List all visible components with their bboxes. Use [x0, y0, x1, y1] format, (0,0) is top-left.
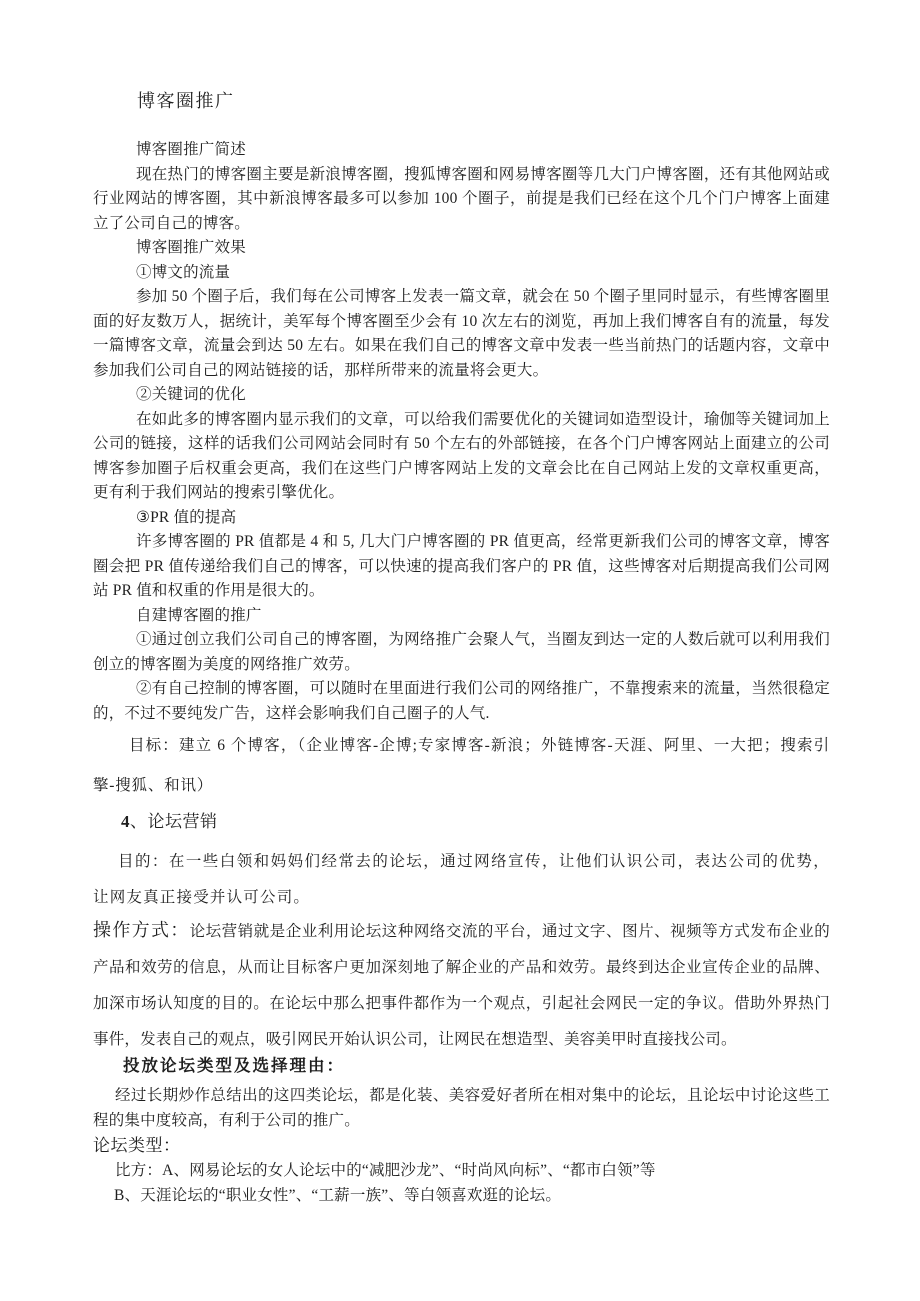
- effect1-paragraph: 参加 50 个圈子后，我们每在公司博客上发表一篇文章，就会在 50 个圈子里同时…: [93, 285, 830, 383]
- section4-title: 、论坛营销: [130, 812, 218, 831]
- purpose-paragraph: 目的：在一些白领和妈妈们经常去的论坛，通过网络宣传，让他们认识公司，表达公司的优…: [93, 844, 830, 916]
- forum-type-label: 论坛类型：: [93, 1133, 830, 1159]
- operation-paragraph: 操作方式：论坛营销就是企业利用论坛这种网络交流的平台，通过文字、图片、视频等方式…: [93, 912, 830, 1058]
- goal-paragraph: 目标：建立 6 个博客，（企业博客-企博;专家博客-新浪；外链博客-天涯、阿里、…: [93, 726, 830, 806]
- intro-heading: 博客圈推广简述: [93, 138, 830, 163]
- self-build-point1: ①通过创立我们公司自己的博客圈，为网络推广会聚人气，当圈友到达一定的人数后就可以…: [93, 628, 830, 677]
- section4-heading: 4、论坛营销: [93, 807, 830, 837]
- effect3-paragraph: 许多博客圈的 PR 值都是 4 和 5, 几大门户博客圈的 PR 值更高，经常更…: [93, 530, 830, 604]
- self-build-heading: 自建博客圈的推广: [93, 604, 830, 629]
- forum-types-reason: 经过长期炒作总结出的这四类论坛，都是化装、美容爱好者所在相对集中的论坛，且论坛中…: [93, 1084, 830, 1133]
- document-page: 博客圈推广 博客圈推广简述 现在热门的博客圈主要是新浪博客圈，搜狐博客圈和网易博…: [0, 0, 920, 1301]
- effect1-heading: ①博文的流量: [93, 261, 830, 286]
- doc-title: 博客圈推广: [93, 0, 830, 114]
- operation-text: 论坛营销就是企业利用论坛这种网络交流的平台，通过文字、图片、视频等方式发布企业的…: [93, 923, 830, 1048]
- intro-paragraph: 现在热门的博客圈主要是新浪博客圈，搜狐博客圈和网易博客圈等几大门户博客圈，还有其…: [93, 163, 830, 237]
- self-build-point2: ②有自己控制的博客圈，可以随时在里面进行我们公司的网络推广，不靠搜索来的流量，当…: [93, 677, 830, 726]
- effect2-heading: ②关键词的优化: [93, 383, 830, 408]
- operation-label: 操作方式：: [93, 920, 190, 940]
- effect3-heading: ③PR 值的提高: [93, 506, 830, 531]
- forum-example-b: B、天涯论坛的“职业女性”、“工薪一族”、等白领喜欢逛的论坛。: [93, 1184, 830, 1209]
- effect2-paragraph: 在如此多的博客圈内显示我们的文章，可以给我们需要优化的关键词如造型设计，瑜伽等关…: [93, 408, 830, 506]
- forum-example-a: 比方：A、网易论坛的女人论坛中的“减肥沙龙”、“时尚风向标”、“都市白领”等: [93, 1159, 830, 1184]
- effects-heading: 博客圈推广效果: [93, 236, 830, 261]
- section4-number: 4: [121, 812, 130, 831]
- document-content: 博客圈推广 博客圈推广简述 现在热门的博客圈主要是新浪博客圈，搜狐博客圈和网易博…: [93, 0, 830, 1208]
